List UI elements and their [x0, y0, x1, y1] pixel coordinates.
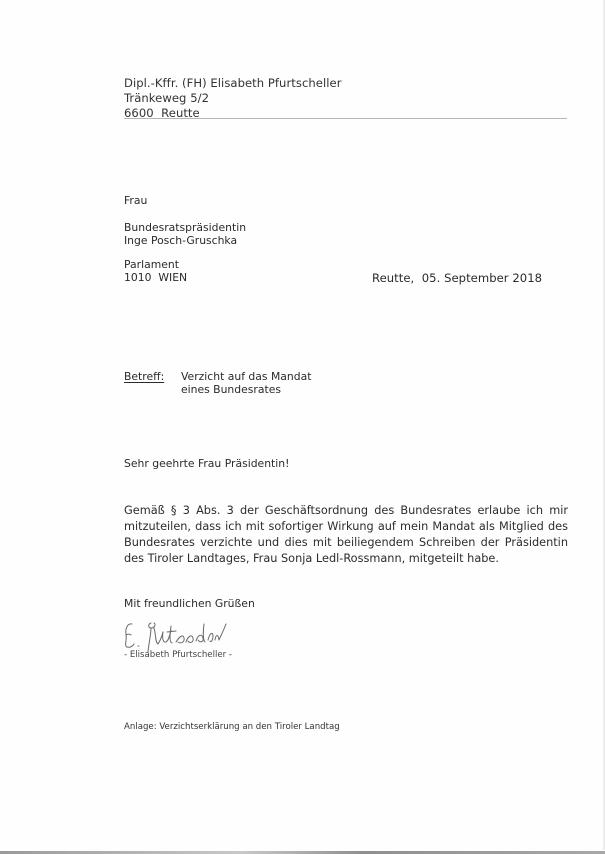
body-line: Bundesrates verzichte und dies mit beili…: [124, 535, 568, 551]
sender-name: Dipl.-Kffr. (FH) Elisabeth Pfurtscheller: [124, 76, 342, 91]
recipient-institution: Parlament: [124, 258, 187, 271]
closing: Mit freundlichen Grüßen: [124, 597, 255, 610]
recipient-title: Bundesratspräsidentin: [124, 221, 246, 234]
recipient-person: Bundesratspräsidentin Inge Posch-Gruschk…: [124, 221, 246, 247]
recipient-address: Parlament 1010 WIEN: [124, 258, 187, 284]
attachment-note: Anlage: Verzichtserklärung an den Tirole…: [124, 722, 340, 733]
body-line: mitzuteilen, dass ich mit sofortiger Wir…: [124, 519, 568, 535]
body-line: des Tiroler Landtages, Frau Sonja Ledl-R…: [124, 551, 568, 567]
salutation: Sehr geehrte Frau Präsidentin!: [124, 457, 289, 470]
signer-printed-name: - Elisabeth Pfurtscheller -: [124, 650, 232, 661]
subject-text-line: Verzicht auf das Mandat: [181, 370, 311, 383]
subject-text-line: eines Bundesrates: [181, 383, 311, 396]
subject-label: Betreff:: [124, 370, 179, 383]
recipient-name: Inge Posch-Gruschka: [124, 234, 246, 247]
letter-date: Reutte, 05. September 2018: [372, 271, 542, 285]
handwritten-signature-icon: [118, 614, 248, 652]
subject-line: Betreff: Verzicht auf das Mandat eines B…: [124, 370, 179, 383]
header-divider: [124, 118, 567, 119]
sender-street: Tränkeweg 5/2: [124, 91, 342, 106]
subject-text: Verzicht auf das Mandat eines Bundesrate…: [181, 370, 311, 396]
recipient-salutation-word: Frau: [124, 194, 147, 207]
sender-address: Dipl.-Kffr. (FH) Elisabeth Pfurtscheller…: [124, 76, 342, 121]
body-line: Gemäß § 3 Abs. 3 der Geschäftsordnung de…: [124, 503, 568, 519]
recipient-city: 1010 WIEN: [124, 271, 187, 284]
letter-body: Gemäß § 3 Abs. 3 der Geschäftsordnung de…: [124, 503, 568, 567]
letter-page: Dipl.-Kffr. (FH) Elisabeth Pfurtscheller…: [0, 0, 605, 854]
